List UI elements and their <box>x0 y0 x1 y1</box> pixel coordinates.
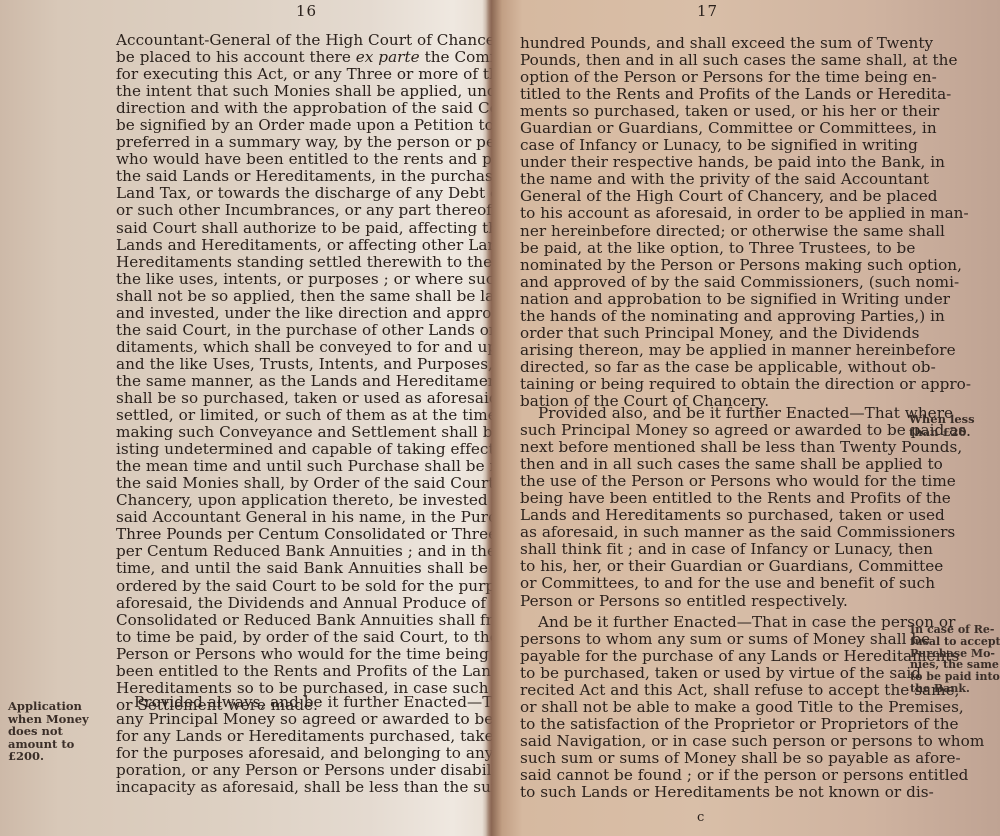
text-line: the name and with the privity of the sai… <box>520 171 898 188</box>
text-line: under their respective hands, be paid in… <box>520 154 898 171</box>
signature-mark: c <box>697 810 704 825</box>
text-line: Three Pounds per Centum Consolidated or … <box>116 526 488 543</box>
text-line: and the like Uses, Trusts, Intents, and … <box>116 356 488 373</box>
text-line: been entitled to the Rents and Profits o… <box>116 663 488 680</box>
text-line: the said Monies shall, by Order of the s… <box>116 475 488 492</box>
text-line: the same manner, as the Lands and Heredi… <box>116 373 488 390</box>
text-line: the said Court, in the purchase of other… <box>116 322 488 339</box>
book-spread: 16 Accountant-General of the High Court … <box>0 0 1000 836</box>
text-line: to be purchased, taken or used by virtue… <box>520 665 898 682</box>
text-line: for the purposes aforesaid, and belongin… <box>116 745 488 762</box>
text-line: Hereditaments standing settled therewith… <box>116 254 488 271</box>
text-line: who would have been entitled to the rent… <box>116 151 488 168</box>
text-line: or such other Incumbrances, or any part … <box>116 202 488 219</box>
text-line: said Court shall authorize to be paid, a… <box>116 220 488 237</box>
text-line: such sum or sums of Money shall be so pa… <box>520 750 898 767</box>
margin-note-line: than £20. <box>909 426 975 439</box>
margin-note-line: the Bank. <box>910 683 1000 695</box>
text-line: said Navigation, or in case such person … <box>520 733 898 750</box>
margin-note-refusal: In case of Re-fusal to acceptPurchase Mo… <box>910 624 1000 695</box>
margin-note-line: When less <box>909 413 975 426</box>
text-line: hundred Pounds, and shall exceed the sum… <box>520 35 898 52</box>
text-line: or Committees, to and for the use and be… <box>520 575 898 592</box>
text-line: the use of the Person or Persons who wou… <box>520 473 898 490</box>
text-line: then and in all such cases the same shal… <box>520 456 898 473</box>
text-line: taining or being required to obtain the … <box>520 376 898 393</box>
text-line: recited Act and this Act, shall refuse t… <box>520 682 898 699</box>
text-line: making such Conveyance and Settlement sh… <box>116 424 488 441</box>
text-line: case of Infancy or Lunacy, to be signifi… <box>520 137 898 154</box>
text-line: the said Lands or Hereditaments, in the … <box>116 168 488 185</box>
text-line: to the satisfaction of the Proprietor or… <box>520 716 898 733</box>
text-line: Person or Persons so entitled respective… <box>520 593 898 610</box>
text-line: ments so purchased, taken or used, or hi… <box>520 103 898 120</box>
text-line: nation and approbation to be signified i… <box>520 291 898 308</box>
text-line: the like uses, intents, or purposes ; or… <box>116 271 488 288</box>
right-page: 17 hundred Pounds, and shall exceed the … <box>492 0 1000 836</box>
text-line: for any Lands or Hereditaments purchased… <box>116 728 488 745</box>
text-line: isting undetermined and capable of takin… <box>116 441 488 458</box>
margin-note-less-than-20: When lessthan £20. <box>909 413 975 438</box>
text-line: for executing this Act, or any Three or … <box>116 66 488 83</box>
text-line: to such Lands or Hereditaments be not kn… <box>520 784 898 801</box>
text-line: as aforesaid, in such manner as the said… <box>520 524 898 541</box>
text-line: and invested, under the like direction a… <box>116 305 488 322</box>
text-line: per Centum Reduced Bank Annuities ; and … <box>116 543 488 560</box>
text-line: be placed to his account there ex parte … <box>116 49 488 66</box>
text-line: Land Tax, or towards the discharge of an… <box>116 185 488 202</box>
text-line: said cannot be found ; or if the person … <box>520 767 898 784</box>
text-line: Lands and Hereditaments, or affecting ot… <box>116 237 488 254</box>
page-number-left: 16 <box>296 2 317 20</box>
text-line: and approved of by the said Commissioner… <box>520 274 898 291</box>
text-line: any Principal Money so agreed or awarded… <box>116 711 488 728</box>
text-line: shall be so purchased, taken or used as … <box>116 390 488 407</box>
text-line: directed, so far as the case be applicab… <box>520 359 898 376</box>
text-line: the intent that such Monies shall be app… <box>116 83 488 100</box>
text-line: to his, her, or their Guardian or Guardi… <box>520 558 898 575</box>
text-line: said Accountant General in his name, in … <box>116 509 488 526</box>
text-line: Guardian or Guardians, Committee or Comm… <box>520 120 898 137</box>
text-line: ner hereinbefore directed; or otherwise … <box>520 223 898 240</box>
text-line: persons to whom any sum or sums of Money… <box>520 631 898 648</box>
text-line: poration, or any Person or Persons under… <box>116 762 488 779</box>
text-line: shall not be so applied, then the same s… <box>116 288 488 305</box>
left-paragraph-2: Provided always, and be it further Enact… <box>116 694 488 796</box>
text-line: to time be paid, by order of the said Co… <box>116 629 488 646</box>
text-line: Lands and Hereditaments so purchased, ta… <box>520 507 898 524</box>
text-line: Accountant-General of the High Court of … <box>116 32 488 49</box>
text-line: And be it further Enacted—That in case t… <box>520 614 898 631</box>
text-line: Provided always, and be it further Enact… <box>116 694 488 711</box>
text-line: next before mentioned shall be less than… <box>520 439 898 456</box>
text-line: Pounds, then and in all such cases the s… <box>520 52 898 69</box>
text-line: titled to the Rents and Profits of the L… <box>520 86 898 103</box>
text-line: nominated by the Person or Persons makin… <box>520 257 898 274</box>
text-line: incapacity as aforesaid, shall be less t… <box>116 779 488 796</box>
text-line: arising thereon, may be applied in manne… <box>520 342 898 359</box>
page-number-right: 17 <box>697 2 718 20</box>
right-paragraph-1: hundred Pounds, and shall exceed the sum… <box>520 35 898 410</box>
margin-note-line: Application <box>8 700 89 713</box>
text-line: the hands of the nominating and approvin… <box>520 308 898 325</box>
right-paragraph-2: Provided also, and be it further Enacted… <box>520 405 898 610</box>
text-line: be paid, at the like option, to Three Tr… <box>520 240 898 257</box>
text-line: settled, or limited, or such of them as … <box>116 407 488 424</box>
margin-note-line: does not <box>8 725 89 738</box>
text-line: ordered by the said Court to be sold for… <box>116 578 488 595</box>
text-line: General of the High Court of Chancery, a… <box>520 188 898 205</box>
text-line: shall think fit ; and in case of Infancy… <box>520 541 898 558</box>
left-paragraph-1: Accountant-General of the High Court of … <box>116 32 488 714</box>
text-line: payable for the purchase of any Lands or… <box>520 648 898 665</box>
text-line: being have been entitled to the Rents an… <box>520 490 898 507</box>
text-line: Provided also, and be it further Enacted… <box>520 405 898 422</box>
text-line: the mean time and until such Purchase sh… <box>116 458 488 475</box>
text-line: option of the Person or Persons for the … <box>520 69 898 86</box>
text-line: such Principal Money so agreed or awarde… <box>520 422 898 439</box>
text-line: preferred in a summary way, by the perso… <box>116 134 488 151</box>
text-line: to his account as aforesaid, in order to… <box>520 205 898 222</box>
margin-note-application: Applicationwhen Moneydoes notamount to£2… <box>8 700 89 763</box>
text-line: Consolidated or Reduced Bank Annuities s… <box>116 612 488 629</box>
margin-note-line: £200. <box>8 750 89 763</box>
text-line: be signified by an Order made upon a Pet… <box>116 117 488 134</box>
text-line: or shall not be able to make a good Titl… <box>520 699 898 716</box>
text-line: direction and with the approbation of th… <box>116 100 488 117</box>
margin-note-line: fusal to accept <box>910 636 1000 648</box>
text-line: ditaments, which shall be conveyed to fo… <box>116 339 488 356</box>
text-line: order that such Principal Money, and the… <box>520 325 898 342</box>
text-line: time, and until the said Bank Annuities … <box>116 560 488 577</box>
text-line: Person or Persons who would for the time… <box>116 646 488 663</box>
left-page: 16 Accountant-General of the High Court … <box>0 0 492 836</box>
text-line: aforesaid, the Dividends and Annual Prod… <box>116 595 488 612</box>
right-paragraph-3: And be it further Enacted—That in case t… <box>520 614 898 802</box>
text-line: Chancery, upon application thereto, be i… <box>116 492 488 509</box>
